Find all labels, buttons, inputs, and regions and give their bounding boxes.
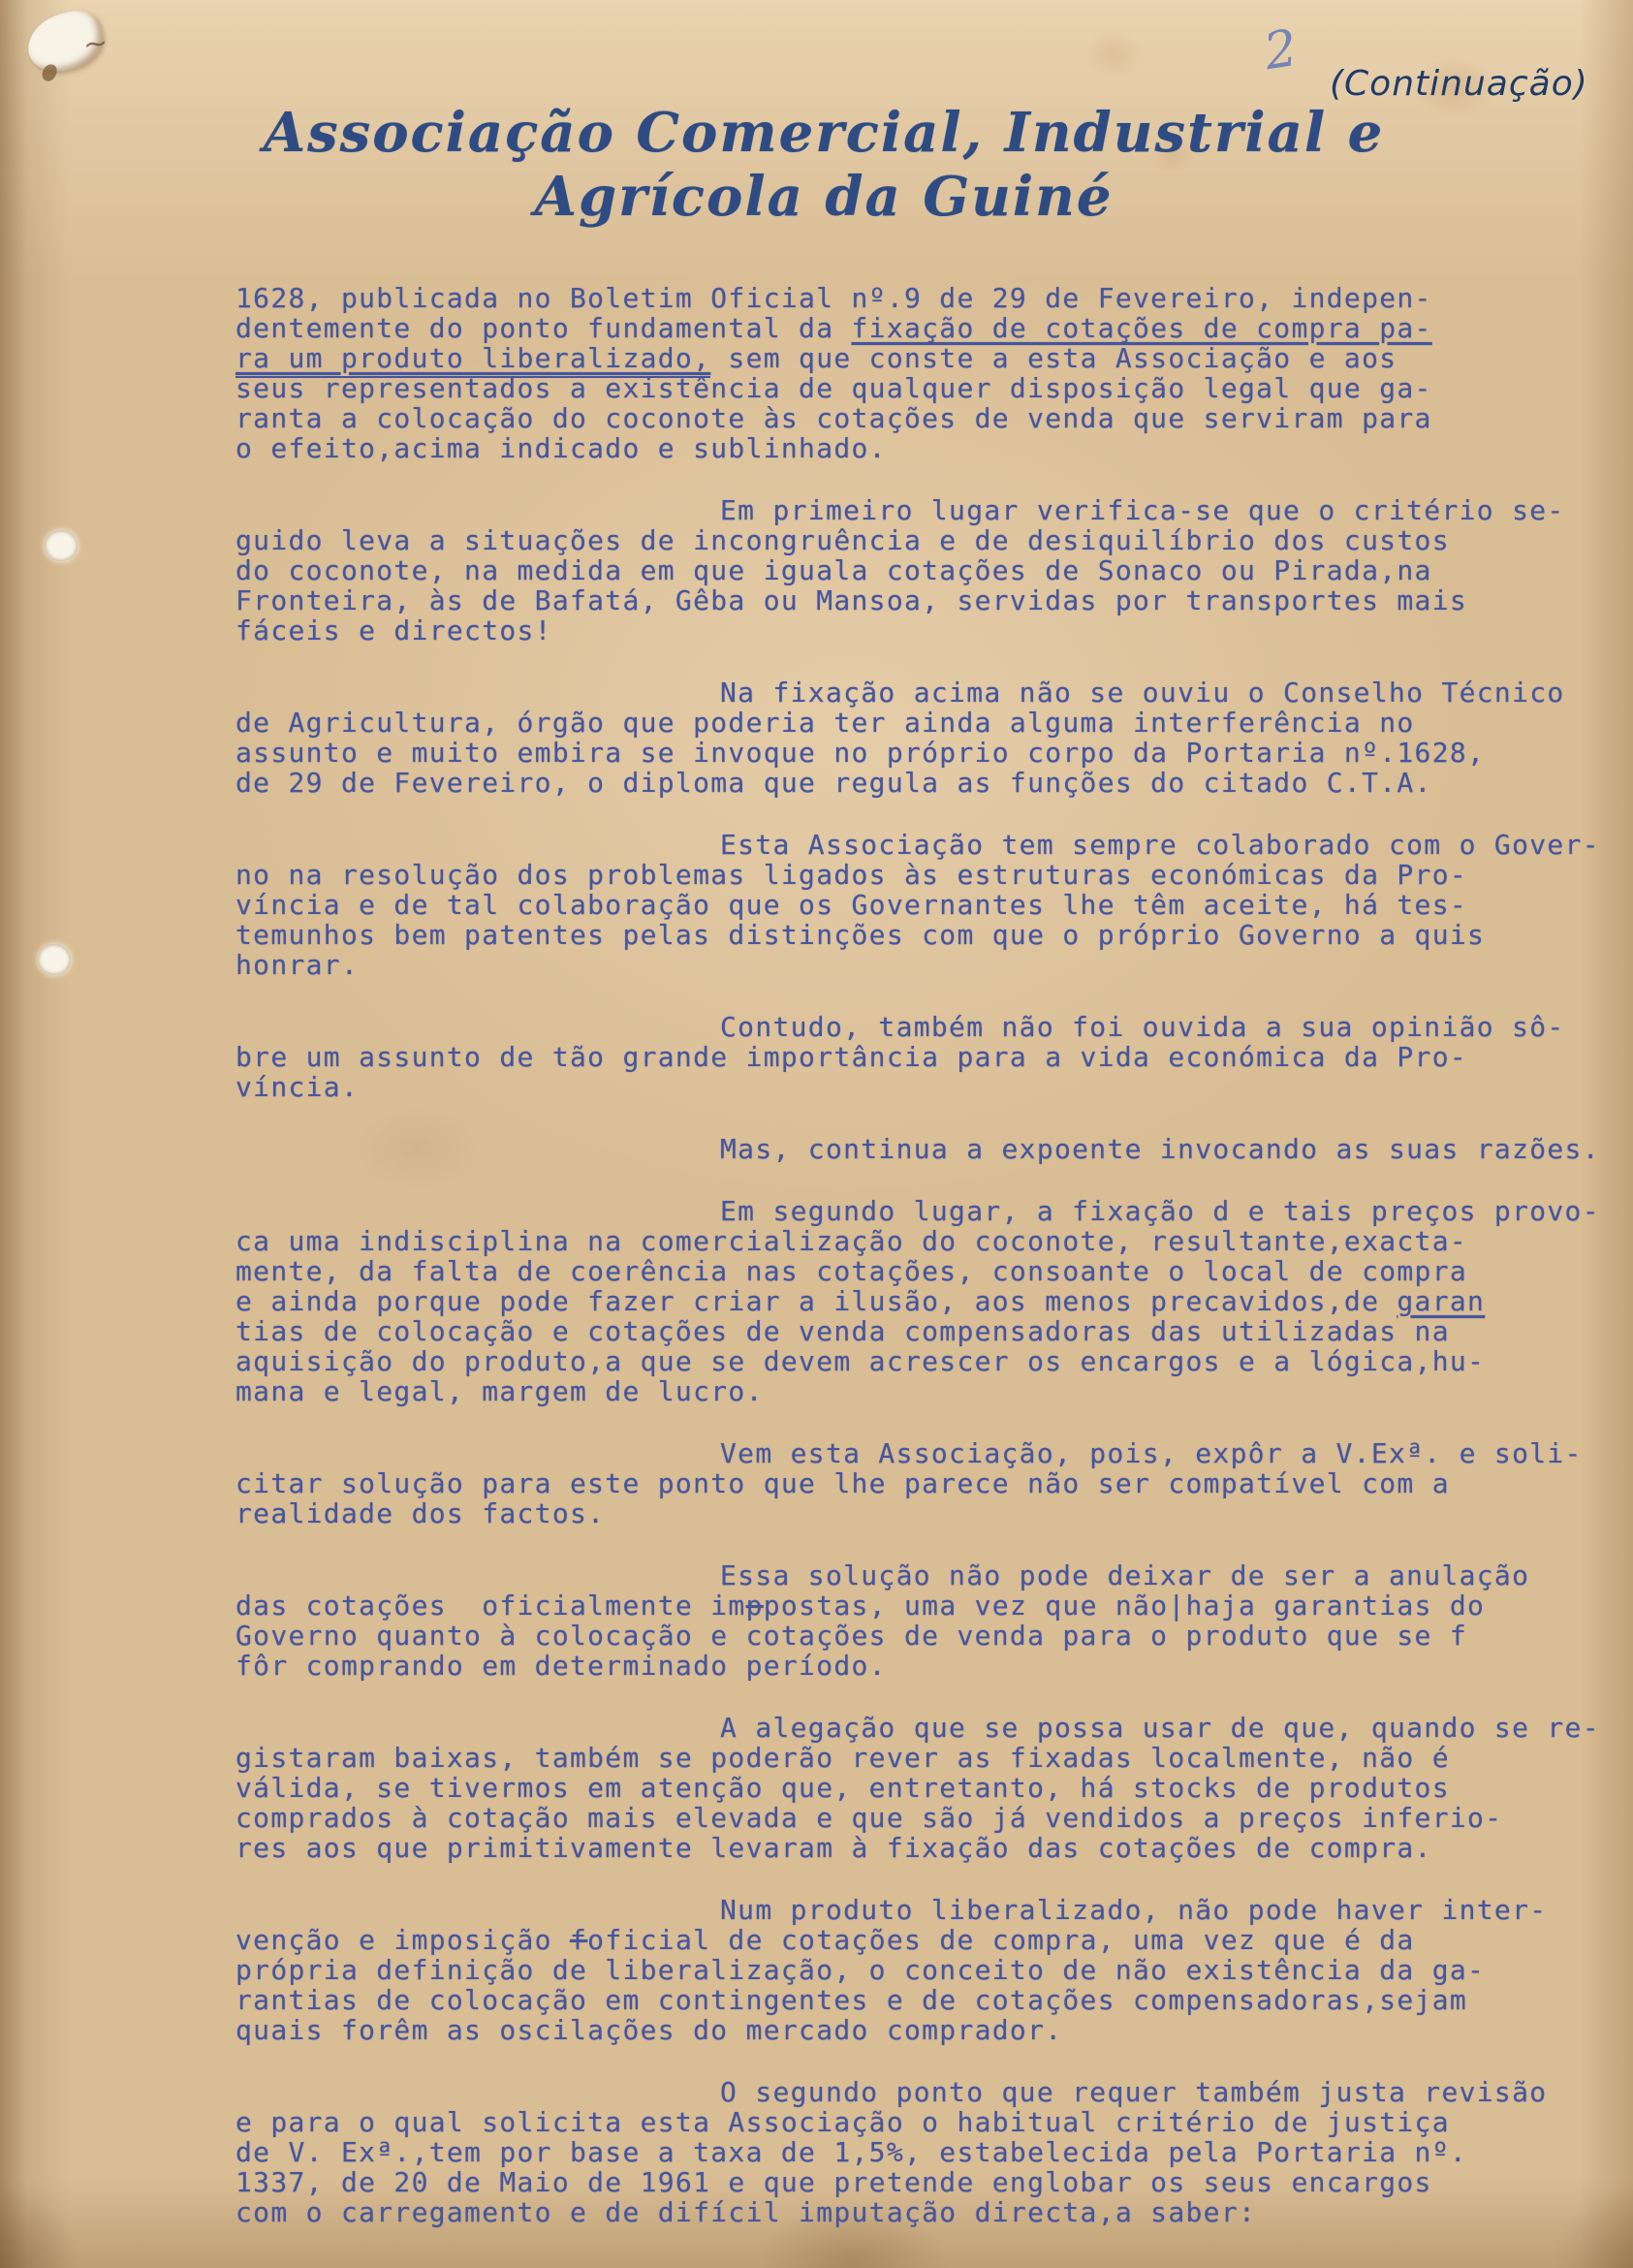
text-segment: assunto e muito embira se invoque no pró… bbox=[236, 737, 1485, 769]
text-segment: p bbox=[746, 1590, 764, 1622]
text-line: mente, da falta de coerência nas cotaçõe… bbox=[236, 1256, 1592, 1286]
text-segment: f bbox=[570, 1924, 587, 1956]
text-segment: temunhos bem patentes pelas distinções c… bbox=[236, 919, 1485, 951]
text-line: Essa solução não pode deixar de ser a an… bbox=[236, 1560, 1592, 1591]
text-line: e para o qual solicita esta Associação o… bbox=[236, 2107, 1592, 2137]
text-line: guido leva a situações de incongruência … bbox=[236, 525, 1592, 555]
text-line: ca uma indisciplina na comercialização d… bbox=[236, 1226, 1592, 1256]
text-line: honrar. bbox=[236, 950, 1592, 980]
text-segment: Mas, continua a expoente invocando as su… bbox=[720, 1133, 1600, 1165]
text-line: Esta Associação tem sempre colaborado co… bbox=[236, 830, 1592, 860]
text-line: e ainda porque pode fazer criar a ilusão… bbox=[236, 1286, 1592, 1316]
hole-punch bbox=[38, 944, 71, 975]
scanned-document-page: ~ 2 (Continuação) Associação Comercial, … bbox=[0, 0, 1633, 2268]
text-segment: fixação de cotações de compra pa- bbox=[852, 312, 1432, 344]
pen-squiggle: ~ bbox=[81, 26, 110, 62]
text-line: res aos que primitivamente levaram à fix… bbox=[236, 1833, 1592, 1863]
text-segment: honrar. bbox=[236, 949, 359, 981]
text-segment: quais forêm as oscilações do mercado com… bbox=[236, 2014, 1062, 2046]
text-segment: citar solução para este ponto que lhe pa… bbox=[236, 1467, 1450, 1499]
text-segment: gistaram baixas, também se poderão rever… bbox=[236, 1742, 1450, 1774]
letterhead-title: Associação Comercial, Industrial e Agríc… bbox=[136, 101, 1512, 229]
text-segment: Governo quanto à colocação e cotações de… bbox=[236, 1620, 1467, 1652]
paragraph: A alegação que se possa usar de que, qua… bbox=[236, 1713, 1592, 1863]
text-line: Em segundo lugar, a fixação d e tais pre… bbox=[236, 1196, 1592, 1226]
text-segment: fôr comprando em determinado período. bbox=[236, 1650, 887, 1682]
text-line: com o carregamento e de difícil imputaçã… bbox=[236, 2197, 1592, 2227]
text-line: A alegação que se possa usar de que, qua… bbox=[236, 1713, 1592, 1743]
text-segment: e ainda porque pode fazer criar a ilusão… bbox=[236, 1285, 1397, 1317]
paragraph: Vem esta Associação, pois, expôr a V.Exª… bbox=[236, 1438, 1592, 1528]
text-segment: Em segundo lugar, a fixação d e tais pre… bbox=[720, 1195, 1600, 1227]
text-line: O segundo ponto que requer também justa … bbox=[236, 2077, 1592, 2107]
text-segment: víncia e de tal colaboração que os Gover… bbox=[236, 889, 1467, 921]
text-segment: de Agricultura, órgão que poderia ter ai… bbox=[236, 707, 1415, 739]
paragraph: Na fixação acima não se ouviu o Conselho… bbox=[236, 677, 1592, 798]
text-line: o efeito,acima indicado e sublinhado. bbox=[236, 433, 1592, 463]
text-segment: de V. Exª.,tem por base a taxa de 1,5%, … bbox=[236, 2136, 1467, 2168]
text-line: ranta a colocação do coconote às cotaçõe… bbox=[236, 403, 1592, 433]
text-line: seus representados a existência de qualq… bbox=[236, 373, 1592, 403]
text-segment: mana e legal, margem de lucro. bbox=[236, 1375, 764, 1407]
text-line: víncia. bbox=[236, 1072, 1592, 1102]
text-segment: Contudo, também não foi ouvida a sua opi… bbox=[720, 1011, 1565, 1043]
text-segment: ca uma indisciplina na comercialização d… bbox=[236, 1225, 1467, 1257]
text-segment: 1337, de 20 de Maio de 1961 e que preten… bbox=[236, 2166, 1432, 2198]
text-segment: guido leva a situações de incongruência … bbox=[236, 524, 1450, 556]
text-line: Em primeiro lugar verifica-se que o crit… bbox=[236, 495, 1592, 525]
text-segment: com o carregamento e de difícil imputaçã… bbox=[236, 2196, 1256, 2228]
text-line: Contudo, também não foi ouvida a sua opi… bbox=[236, 1012, 1592, 1042]
text-line: realidade dos factos. bbox=[236, 1498, 1592, 1528]
text-segment: Num produto liberalizado, não pode haver… bbox=[720, 1894, 1547, 1926]
paragraph: Num produto liberalizado, não pode haver… bbox=[236, 1895, 1592, 2045]
text-line: Na fixação acima não se ouviu o Conselho… bbox=[236, 677, 1592, 708]
text-line: víncia e de tal colaboração que os Gover… bbox=[236, 890, 1592, 920]
text-line: temunhos bem patentes pelas distinções c… bbox=[236, 920, 1592, 950]
text-segment: Fronteira, às de Bafatá, Gêba ou Mansoa,… bbox=[236, 584, 1467, 616]
text-segment: 1628, publicada no Boletim Oficial nº.9 … bbox=[236, 282, 1432, 314]
paragraph: Mas, continua a expoente invocando as su… bbox=[236, 1134, 1592, 1164]
text-segment: das cotações oficialmente im bbox=[236, 1590, 746, 1622]
text-line: rantias de colocação em contingentes e d… bbox=[236, 1985, 1592, 2015]
text-segment: seus representados a existência de qualq… bbox=[236, 372, 1432, 404]
paragraph: Contudo, também não foi ouvida a sua opi… bbox=[236, 1012, 1592, 1102]
text-segment: e para o qual solicita esta Associação o… bbox=[236, 2106, 1450, 2138]
text-segment: garan bbox=[1397, 1285, 1485, 1317]
text-line: ra um produto liberalizado, sem que cons… bbox=[236, 343, 1592, 373]
text-line: no na resolução dos problemas ligados às… bbox=[236, 860, 1592, 890]
paragraph: 1628, publicada no Boletim Oficial nº.9 … bbox=[236, 283, 1592, 463]
text-segment: própria definição de liberalização, o co… bbox=[236, 1954, 1485, 1986]
text-segment: venção e imposição bbox=[236, 1924, 570, 1956]
text-segment: mente, da falta de coerência nas cotaçõe… bbox=[236, 1255, 1467, 1287]
text-segment: Essa solução não pode deixar de ser a an… bbox=[720, 1559, 1529, 1591]
text-line: de Agricultura, órgão que poderia ter ai… bbox=[236, 708, 1592, 738]
text-segment: res aos que primitivamente levaram à fix… bbox=[236, 1832, 1432, 1864]
text-line: Fronteira, às de Bafatá, Gêba ou Mansoa,… bbox=[236, 585, 1592, 615]
text-segment: válida, se tivermos em atenção que, entr… bbox=[236, 1772, 1450, 1804]
text-line: das cotações oficialmente imppostas, uma… bbox=[236, 1591, 1592, 1621]
text-segment: sem que conste a esta Associação e aos bbox=[710, 342, 1397, 374]
text-line: Governo quanto à colocação e cotações de… bbox=[236, 1621, 1592, 1651]
text-line: aquisição do produto,a que se devem acre… bbox=[236, 1346, 1592, 1376]
text-line: fáceis e directos! bbox=[236, 615, 1592, 646]
text-line: comprados à cotação mais elevada e que s… bbox=[236, 1803, 1592, 1833]
text-line: gistaram baixas, também se poderão rever… bbox=[236, 1743, 1592, 1773]
text-segment: fáceis e directos! bbox=[236, 614, 552, 646]
text-line: 1628, publicada no Boletim Oficial nº.9 … bbox=[236, 283, 1592, 313]
text-line: Mas, continua a expoente invocando as su… bbox=[236, 1134, 1592, 1164]
text-line: assunto e muito embira se invoque no pró… bbox=[236, 738, 1592, 768]
paragraph: O segundo ponto que requer também justa … bbox=[236, 2077, 1592, 2227]
text-segment: Vem esta Associação, pois, expôr a V.Exª… bbox=[720, 1437, 1583, 1469]
text-segment: comprados à cotação mais elevada e que s… bbox=[236, 1802, 1502, 1834]
text-segment: Esta Associação tem sempre colaborado co… bbox=[720, 829, 1600, 861]
text-line: venção e imposição foficial de cotações … bbox=[236, 1925, 1592, 1955]
paragraph: Em primeiro lugar verifica-se que o crit… bbox=[236, 495, 1592, 646]
text-line: Num produto liberalizado, não pode haver… bbox=[236, 1895, 1592, 1925]
text-line: fôr comprando em determinado período. bbox=[236, 1651, 1592, 1681]
text-segment: bre um assunto de tão grande importância… bbox=[236, 1041, 1467, 1073]
text-segment: Na fixação acima não se ouviu o Conselho… bbox=[720, 677, 1565, 709]
text-line: dentemente do ponto fundamental da fixaç… bbox=[236, 313, 1592, 343]
handwritten-page-number: 2 bbox=[1261, 19, 1302, 81]
text-segment: tias de colocação e cotações de venda co… bbox=[236, 1315, 1450, 1347]
document-body: 1628, publicada no Boletim Oficial nº.9 … bbox=[236, 283, 1592, 2227]
text-segment: Em primeiro lugar verifica-se que o crit… bbox=[720, 494, 1565, 526]
text-segment: ranta a colocação do coconote às cotaçõe… bbox=[236, 402, 1432, 434]
text-segment: aquisição do produto,a que se devem acre… bbox=[236, 1345, 1485, 1377]
continuation-label: (Continuação) bbox=[1330, 64, 1588, 104]
text-line: do coconote, na medida em que iguala cot… bbox=[236, 555, 1592, 585]
text-segment: de 29 de Fevereiro, o diploma que regula… bbox=[236, 767, 1432, 799]
text-segment: oficial de cotações de compra, uma vez q… bbox=[587, 1924, 1414, 1956]
text-line: quais forêm as oscilações do mercado com… bbox=[236, 2015, 1592, 2045]
paragraph: Esta Associação tem sempre colaborado co… bbox=[236, 830, 1592, 980]
text-line: mana e legal, margem de lucro. bbox=[236, 1376, 1592, 1406]
paragraph: Essa solução não pode deixar de ser a an… bbox=[236, 1560, 1592, 1681]
text-line: tias de colocação e cotações de venda co… bbox=[236, 1316, 1592, 1346]
text-segment: postas, uma vez que não|haja garantias d… bbox=[764, 1590, 1485, 1622]
text-segment: do coconote, na medida em que iguala cot… bbox=[236, 554, 1432, 586]
text-segment: realidade dos factos. bbox=[236, 1497, 605, 1529]
text-segment: o efeito,acima indicado e sublinhado. bbox=[236, 432, 887, 464]
text-line: citar solução para este ponto que lhe pa… bbox=[236, 1468, 1592, 1498]
text-line: de 29 de Fevereiro, o diploma que regula… bbox=[236, 768, 1592, 798]
text-line: 1337, de 20 de Maio de 1961 e que preten… bbox=[236, 2167, 1592, 2197]
text-line: própria definição de liberalização, o co… bbox=[236, 1955, 1592, 1985]
text-segment: víncia. bbox=[236, 1071, 359, 1103]
hole-punch bbox=[45, 530, 78, 561]
text-segment: A alegação que se possa usar de que, qua… bbox=[720, 1712, 1600, 1744]
text-line: Vem esta Associação, pois, expôr a V.Exª… bbox=[236, 1438, 1592, 1468]
text-line: de V. Exª.,tem por base a taxa de 1,5%, … bbox=[236, 2137, 1592, 2167]
text-segment: dentemente do ponto fundamental da bbox=[236, 312, 852, 344]
text-segment: O segundo ponto que requer também justa … bbox=[720, 2076, 1547, 2108]
text-line: válida, se tivermos em atenção que, entr… bbox=[236, 1773, 1592, 1803]
text-segment: rantias de colocação em contingentes e d… bbox=[236, 1984, 1467, 2016]
text-line: bre um assunto de tão grande importância… bbox=[236, 1042, 1592, 1072]
paragraph: Em segundo lugar, a fixação d e tais pre… bbox=[236, 1196, 1592, 1406]
text-segment: no na resolução dos problemas ligados às… bbox=[236, 859, 1467, 891]
